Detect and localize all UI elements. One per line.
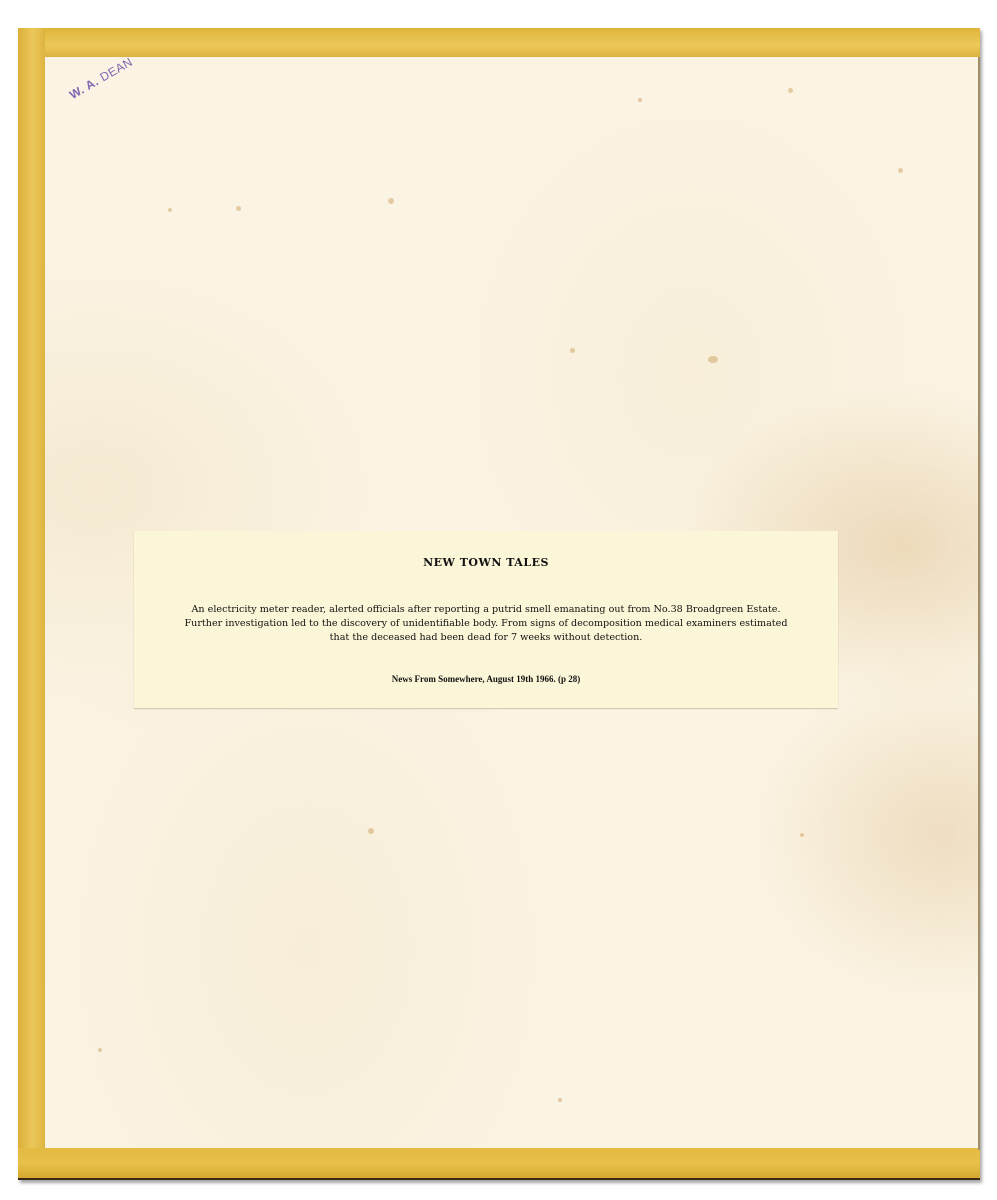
foxing-spot xyxy=(570,348,575,353)
foxing-spot xyxy=(638,98,642,102)
label-source: News From Somewhere, August 19th 1966. (… xyxy=(134,674,838,684)
label-body: An electricity meter reader, alerted off… xyxy=(174,603,798,645)
foxing-spot xyxy=(168,208,172,212)
foxing-spot xyxy=(800,833,804,837)
board-edge xyxy=(978,57,980,1150)
news-clipping-label: NEW TOWN TALES An electricity meter read… xyxy=(134,531,838,708)
foxing-spot xyxy=(388,198,394,204)
foxing-spot xyxy=(898,168,903,173)
foxing-spot xyxy=(788,88,793,93)
foxing-spot xyxy=(98,1048,102,1052)
foxing-spot xyxy=(708,356,718,363)
label-title: NEW TOWN TALES xyxy=(134,556,838,569)
foxing-spot xyxy=(558,1098,562,1102)
tape-left xyxy=(18,28,45,1180)
foxing-spot xyxy=(368,828,374,834)
tape-bottom xyxy=(18,1148,980,1180)
foxing-spot xyxy=(236,206,241,211)
tape-top xyxy=(18,28,980,57)
